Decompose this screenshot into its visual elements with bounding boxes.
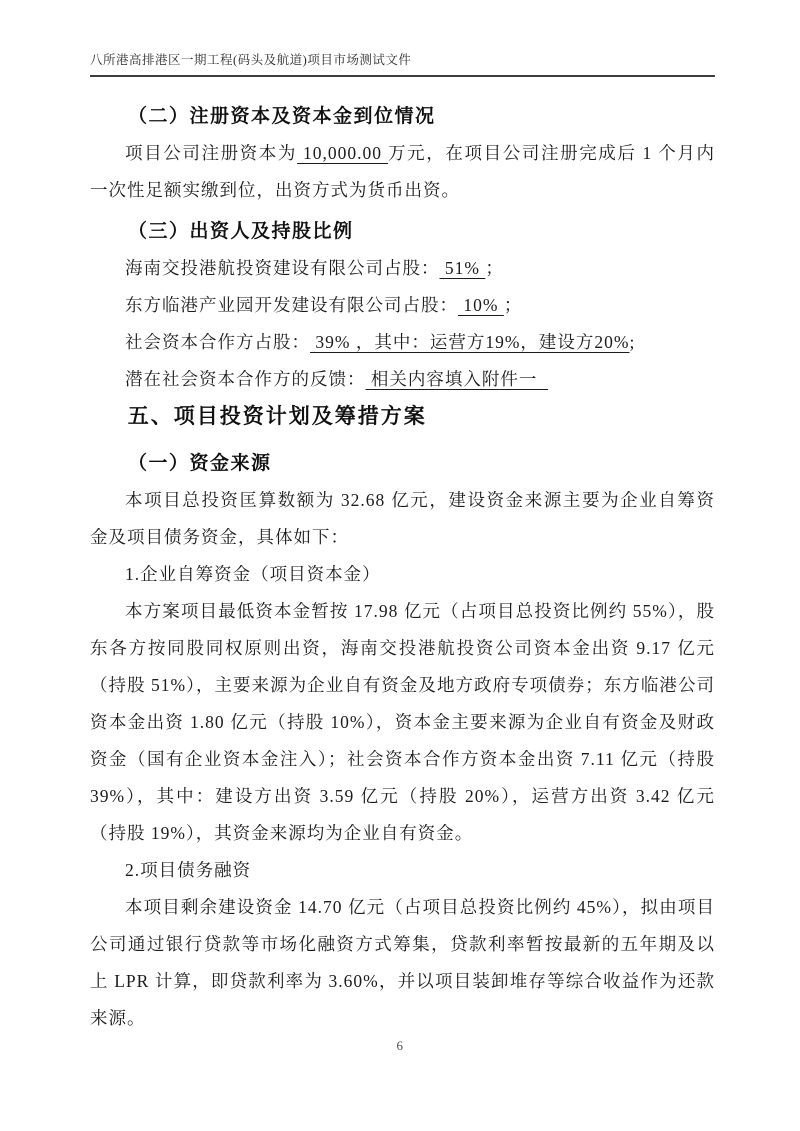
section-heading-shareholders: （三）出资人及持股比例 [90, 213, 715, 250]
paragraph-total-investment: 本项目总投资匡算数额为 32.68 亿元，建设资金来源主要为企业自筹资金及项目债… [90, 482, 715, 556]
dongfang-share-post: ； [504, 295, 523, 315]
paragraph-social-capital-share: 社会资本合作方占股： 39% ，其中：运营方19%，建设方20%; [90, 324, 715, 361]
page-header: 八所港高排港区一期工程(码头及航道)项目市场测试文件 [90, 50, 715, 77]
hainan-share-label: 海南交投港航投资建设有限公司占股： [125, 258, 440, 278]
paragraph-equity-capital-details: 本方案项目最低资本金暂按 17.98 亿元（占项目总投资比例约 55%），股东各… [90, 593, 715, 852]
registered-capital-value: 10,000.00 [297, 143, 388, 163]
page-footer: 6 [0, 1038, 800, 1054]
hainan-share-post: ； [485, 258, 504, 278]
section-heading-registered-capital: （二）注册资本及资本金到位情况 [90, 98, 715, 135]
social-capital-share-label: 社会资本合作方占股： [125, 332, 310, 352]
social-capital-share-post: ; [629, 332, 635, 352]
header-title: 八所港高排港区一期工程(码头及航道)项目市场测试文件 [90, 50, 715, 77]
document-body: （二）注册资本及资本金到位情况 项目公司注册资本为 10,000.00 万元，在… [90, 94, 715, 1037]
document-page: 八所港高排港区一期工程(码头及航道)项目市场测试文件 （二）注册资本及资本金到位… [0, 0, 800, 1131]
social-capital-share-value: 39% ，其中：运营方19%，建设方20% [310, 332, 629, 352]
section-heading-funding-source: （一）资金来源 [90, 445, 715, 482]
chapter-heading-investment-plan: 五、项目投资计划及筹措方案 [90, 398, 715, 435]
paragraph-dongfang-share: 东方临港产业园开发建设有限公司占股： 10% ； [90, 287, 715, 324]
paragraph-potential-partner-feedback: 潜在社会资本合作方的反馈： 相关内容填入附件一 [90, 361, 715, 398]
paragraph-registered-capital: 项目公司注册资本为 10,000.00 万元，在项目公司注册完成后 1 个月内一… [90, 135, 715, 209]
list-item-debt-financing: 2.项目债务融资 [90, 852, 715, 889]
registered-capital-pre-text: 项目公司注册资本为 [125, 143, 297, 163]
dongfang-share-label: 东方临港产业园开发建设有限公司占股： [125, 295, 458, 315]
feedback-value: 相关内容填入附件一 [366, 369, 549, 389]
page-number: 6 [397, 1038, 404, 1053]
dongfang-share-value: 10% [458, 295, 504, 315]
paragraph-hainan-share: 海南交投港航投资建设有限公司占股： 51% ； [90, 250, 715, 287]
list-item-self-raised-funds: 1.企业自筹资金（项目资本金） [90, 556, 715, 593]
feedback-label: 潜在社会资本合作方的反馈： [125, 369, 366, 389]
paragraph-debt-financing-details: 本项目剩余建设资金 14.70 亿元（占项目总投资比例约 45%），拟由项目公司… [90, 889, 715, 1037]
hainan-share-value: 51% [440, 258, 486, 278]
